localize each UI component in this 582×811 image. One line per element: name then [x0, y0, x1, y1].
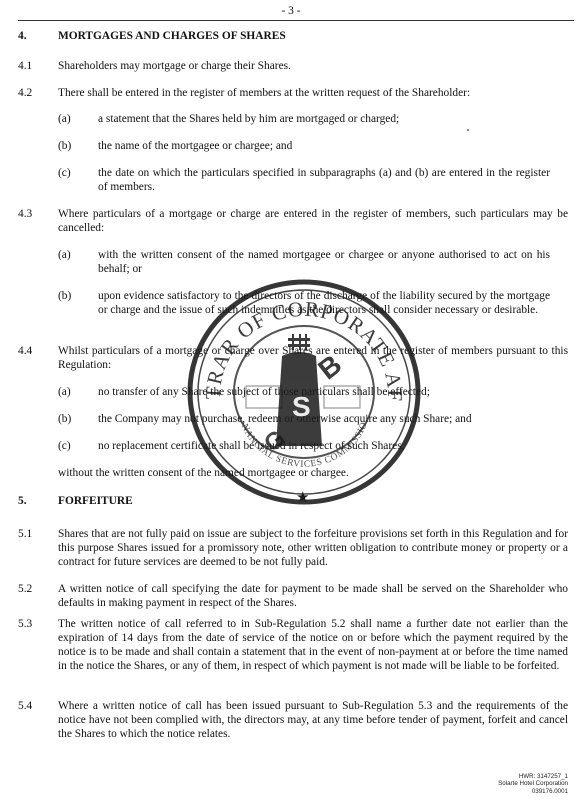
section-number: 4.	[18, 29, 27, 43]
clause-text: Whilst particulars of a mortgage or char…	[58, 344, 568, 372]
clause-number: 4.1	[18, 59, 32, 73]
item-text: no replacement certificate shall be issu…	[98, 439, 550, 453]
page-number: - 3 -	[0, 4, 582, 18]
item-label: (c)	[58, 439, 71, 453]
item-text: the name of the mortgagee or chargee; an…	[98, 139, 550, 153]
clause-number: 5.3	[18, 617, 32, 631]
clause-text: Where particulars of a mortgage or charg…	[58, 207, 568, 235]
footer-company: Solarte Hotel Corporation	[498, 780, 568, 787]
clause-number: 5.4	[18, 699, 32, 713]
clause-text: Shares that are not fully paid on issue …	[58, 527, 568, 569]
item-label: (a)	[58, 248, 71, 262]
item-label: (a)	[58, 385, 71, 399]
item-label: (b)	[58, 139, 71, 153]
item-text: the Company may not purchase, redeem or …	[98, 412, 550, 426]
clause-number: 4.2	[18, 86, 32, 100]
section-title: MORTGAGES AND CHARGES OF SHARES	[58, 29, 568, 43]
item-label: (b)	[58, 412, 71, 426]
document-footer: HWR: 3147257_1 Solarte Hotel Corporation…	[498, 773, 568, 795]
clause-text: Where a written notice of call has been …	[58, 699, 568, 741]
section-number: 5.	[18, 494, 27, 508]
footer-matter-number: 039176.0001	[498, 788, 568, 795]
clause-number: 4.4	[18, 344, 32, 358]
item-text: upon evidence satisfactory to the direct…	[98, 289, 550, 317]
item-label: (c)	[58, 166, 71, 180]
clause-text: A written notice of call specifying the …	[58, 582, 568, 610]
clause-number: 5.1	[18, 527, 32, 541]
item-text: no transfer of any Share the subject of …	[98, 385, 550, 399]
item-text: the date on which the particulars specif…	[98, 166, 550, 194]
clause-4-4-tail: without the written consent of the named…	[58, 466, 349, 480]
clause-number: 4.3	[18, 207, 32, 221]
section-title: FORFEITURE	[58, 494, 568, 508]
item-text: with the written consent of the named mo…	[98, 248, 550, 276]
clause-text: There shall be entered in the register o…	[58, 86, 568, 100]
item-text: a statement that the Shares held by him …	[98, 112, 550, 126]
item-label: (b)	[58, 289, 71, 303]
header-rule	[18, 20, 574, 21]
clause-number: 5.2	[18, 582, 32, 596]
clause-text: Shareholders may mortgage or charge thei…	[58, 59, 568, 73]
item-label: (a)	[58, 112, 71, 126]
footer-reference: HWR: 3147257_1	[498, 773, 568, 780]
clause-text: The written notice of call referred to i…	[58, 617, 568, 673]
scan-speck	[467, 129, 469, 131]
